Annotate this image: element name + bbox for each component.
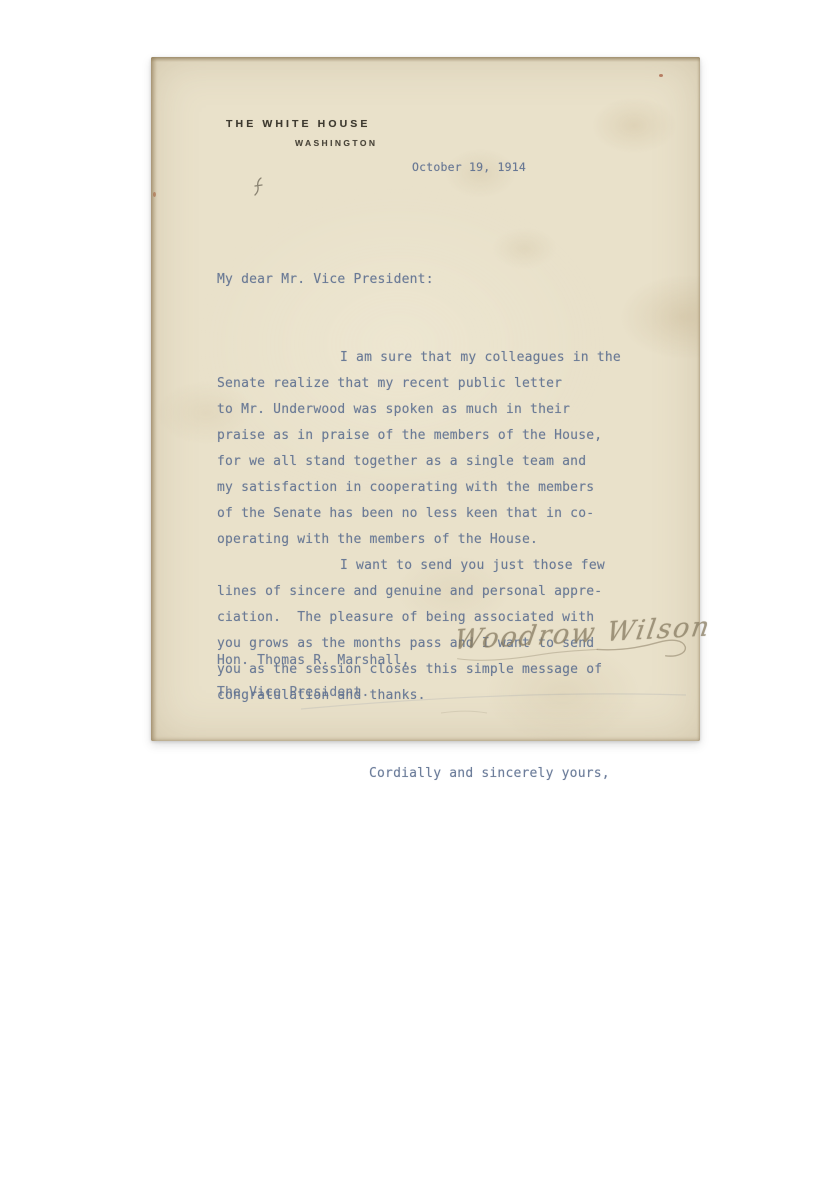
typed-line: of the Senate has been no less keen that…	[217, 501, 667, 527]
letterhead-city: WASHINGTON	[295, 138, 377, 148]
letter-body: My dear Mr. Vice President: I am sure th…	[217, 215, 667, 839]
typed-line: praise as in praise of the members of th…	[217, 423, 667, 449]
scan-background: THE WHITE HOUSE WASHINGTON October 19, 1…	[0, 0, 819, 1197]
typed-line: lines of sincere and genuine and persona…	[217, 579, 667, 605]
closing-line: Cordially and sincerely yours,	[369, 761, 667, 787]
letter-sheet: THE WHITE HOUSE WASHINGTON October 19, 1…	[151, 57, 700, 741]
typed-line: I am sure that my colleagues in the	[340, 345, 667, 371]
typed-line: my satisfaction in cooperating with the …	[217, 475, 667, 501]
typed-line: I want to send you just those few	[340, 553, 667, 579]
letterhead-title: THE WHITE HOUSE	[226, 118, 371, 130]
typed-line: Senate realize that my recent public let…	[217, 371, 667, 397]
typed-line: operating with the members of the House.	[217, 527, 667, 553]
paper-left-edge	[151, 57, 157, 741]
pencil-mark	[252, 177, 266, 197]
foxing-spot	[659, 74, 663, 77]
salutation: My dear Mr. Vice President:	[217, 267, 667, 293]
recipient-name: Hon. Thomas R. Marshall,	[217, 653, 410, 668]
date-line: October 19, 1914	[412, 160, 526, 174]
paper-top-edge	[151, 57, 700, 62]
typed-line: to Mr. Underwood was spoken as much in t…	[217, 397, 667, 423]
typed-line: for we all stand together as a single te…	[217, 449, 667, 475]
signature-block: Woodrow Wilson	[445, 607, 688, 683]
foxing-spot	[153, 192, 156, 197]
faint-pencil-arc	[291, 677, 691, 717]
